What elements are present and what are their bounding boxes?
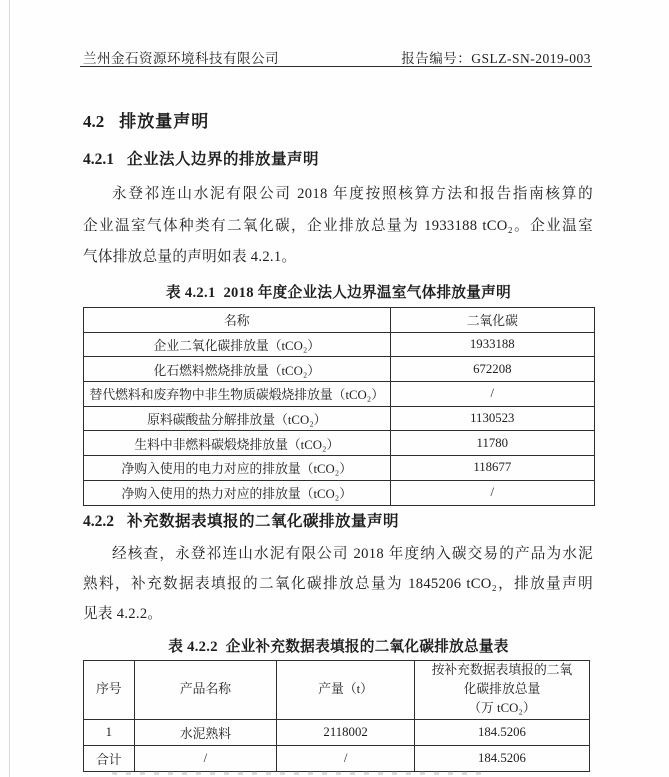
section-4-2-1-heading: 4.2.1企业法人边界的排放量声明 — [83, 147, 319, 169]
row-value-cell: 672208 — [390, 357, 594, 382]
table-4-2-2-caption: 表 4.2.2 企业补充数据表填报的二氧化碳排放总量表 — [83, 635, 594, 656]
table-row: 企业二氧化碳排放量（tCO₂） 1933188 — [84, 332, 595, 357]
section-number: 4.2.2 — [83, 513, 114, 530]
company-name: 兰州金石资源环境科技有限公司 — [83, 47, 279, 67]
paragraph-line: 熟料，补充数据表填报的二氧化碳排放总量为 1845206 tCO₂，排放量声明 — [83, 569, 593, 599]
row-output-cell: / — [277, 745, 415, 771]
report-number: 报告编号：GSLZ-SN-2019-003 — [401, 47, 591, 67]
paragraph-line: 企业温室气体种类有二氧化碳，企业排放总量为 1933188 tCO₂。企业温室 — [83, 211, 593, 243]
report-number-value: GSLZ-SN-2019-003 — [471, 51, 591, 66]
section-number: 4.2 — [83, 112, 104, 131]
row-product-cell: 水泥熟料 — [134, 719, 277, 745]
paragraph-line: 永登祁连山水泥有限公司 2018 年度按照核算方法和报告指南核算的 — [83, 179, 593, 211]
table-row: 替代燃料和废弃物中非生物质碳煅烧排放量（tCO₂） / — [84, 382, 595, 407]
row-value-cell: / — [390, 480, 594, 505]
column-header-co2: 二氧化碳 — [390, 308, 594, 333]
table-row: 生料中非燃料碳煅烧排放量（tCO₂） 11780 — [84, 431, 595, 456]
row-total-cell: 184.5206 — [414, 719, 589, 745]
row-name-cell: 化石燃料燃烧排放量（tCO₂） — [84, 357, 391, 382]
section-4-2-2-heading: 4.2.2补充数据表填报的二氧化碳排放量声明 — [83, 509, 399, 531]
section-title: 企业法人边界的排放量声明 — [127, 151, 319, 168]
table-4-2-1-caption: 表 4.2.1 2018 年度企业法人边界温室气体排放量声明 — [83, 281, 594, 302]
table-row: 合计 / / 184.5206 — [84, 745, 590, 771]
row-serial-cell: 1 — [84, 719, 135, 745]
section-4-2-heading: 4.2排放量声明 — [83, 107, 209, 132]
table-row: 原料碳酸盐分解排放量（tCO₂） 1130523 — [84, 406, 595, 431]
column-header-total: 按补充数据表填报的二氧 化碳排放总量 （万 tCO₂） — [414, 661, 589, 720]
table-header-row: 名称 二氧化碳 — [84, 308, 595, 333]
section-title: 排放量声明 — [119, 112, 209, 131]
row-output-cell: 2118002 — [277, 719, 415, 745]
document-page: 兰州金石资源环境科技有限公司 报告编号：GSLZ-SN-2019-003 4.2… — [0, 0, 669, 777]
row-value-cell: 11780 — [390, 431, 594, 456]
row-product-cell: / — [134, 745, 277, 771]
row-name-cell: 净购入使用的电力对应的排放量（tCO₂） — [84, 456, 391, 481]
paragraph-line: 经核查，永登祁连山水泥有限公司 2018 年度纳入碳交易的产品为水泥 — [83, 539, 593, 569]
clipped-next-line — [112, 771, 490, 775]
table-header-row: 序号 产品名称 产量（t） 按补充数据表填报的二氧 化碳排放总量 （万 tCO₂… — [84, 661, 590, 720]
column-header-product: 产品名称 — [134, 661, 277, 720]
row-value-cell: 118677 — [390, 456, 594, 481]
emission-declaration-table: 名称 二氧化碳 企业二氧化碳排放量（tCO₂） 1933188 化石燃料燃烧排放… — [83, 307, 595, 506]
row-name-cell: 替代燃料和废弃物中非生物质碳煅烧排放量（tCO₂） — [84, 382, 391, 407]
table-row: 1 水泥熟料 2118002 184.5206 — [84, 719, 590, 745]
column-header-name: 名称 — [84, 308, 391, 333]
row-value-cell: 1130523 — [390, 406, 594, 431]
scan-artifact-line — [9, 0, 10, 777]
row-value-cell: / — [390, 382, 594, 407]
row-name-cell: 原料碳酸盐分解排放量（tCO₂） — [84, 406, 391, 431]
paragraph-4-2-2: 经核查，永登祁连山水泥有限公司 2018 年度纳入碳交易的产品为水泥 熟料，补充… — [83, 539, 593, 629]
report-number-label: 报告编号： — [401, 51, 471, 66]
row-serial-cell: 合计 — [84, 745, 135, 771]
section-number: 4.2.1 — [83, 151, 114, 168]
paragraph-line: 见表 4.2.2。 — [83, 599, 593, 629]
column-header-output: 产量（t） — [277, 661, 415, 720]
table-row: 化石燃料燃烧排放量（tCO₂） 672208 — [84, 357, 595, 382]
table-row: 净购入使用的电力对应的排放量（tCO₂） 118677 — [84, 456, 595, 481]
paragraph-line: 气体排放总量的声明如表 4.2.1。 — [83, 242, 593, 274]
row-name-cell: 生料中非燃料碳煅烧排放量（tCO₂） — [84, 431, 391, 456]
supplementary-data-table: 序号 产品名称 产量（t） 按补充数据表填报的二氧 化碳排放总量 （万 tCO₂… — [83, 660, 590, 772]
section-title: 补充数据表填报的二氧化碳排放量声明 — [127, 513, 399, 530]
table-row: 净购入使用的热力对应的排放量（tCO₂） / — [84, 480, 595, 505]
row-total-cell: 184.5206 — [414, 745, 589, 771]
column-header-serial: 序号 — [84, 661, 135, 720]
row-name-cell: 企业二氧化碳排放量（tCO₂） — [84, 332, 391, 357]
row-name-cell: 净购入使用的热力对应的排放量（tCO₂） — [84, 480, 391, 505]
page-header: 兰州金石资源环境科技有限公司 报告编号：GSLZ-SN-2019-003 — [83, 47, 591, 67]
row-value-cell: 1933188 — [390, 332, 594, 357]
paragraph-4-2-1: 永登祁连山水泥有限公司 2018 年度按照核算方法和报告指南核算的 企业温室气体… — [83, 179, 593, 274]
header-rule — [80, 66, 592, 67]
